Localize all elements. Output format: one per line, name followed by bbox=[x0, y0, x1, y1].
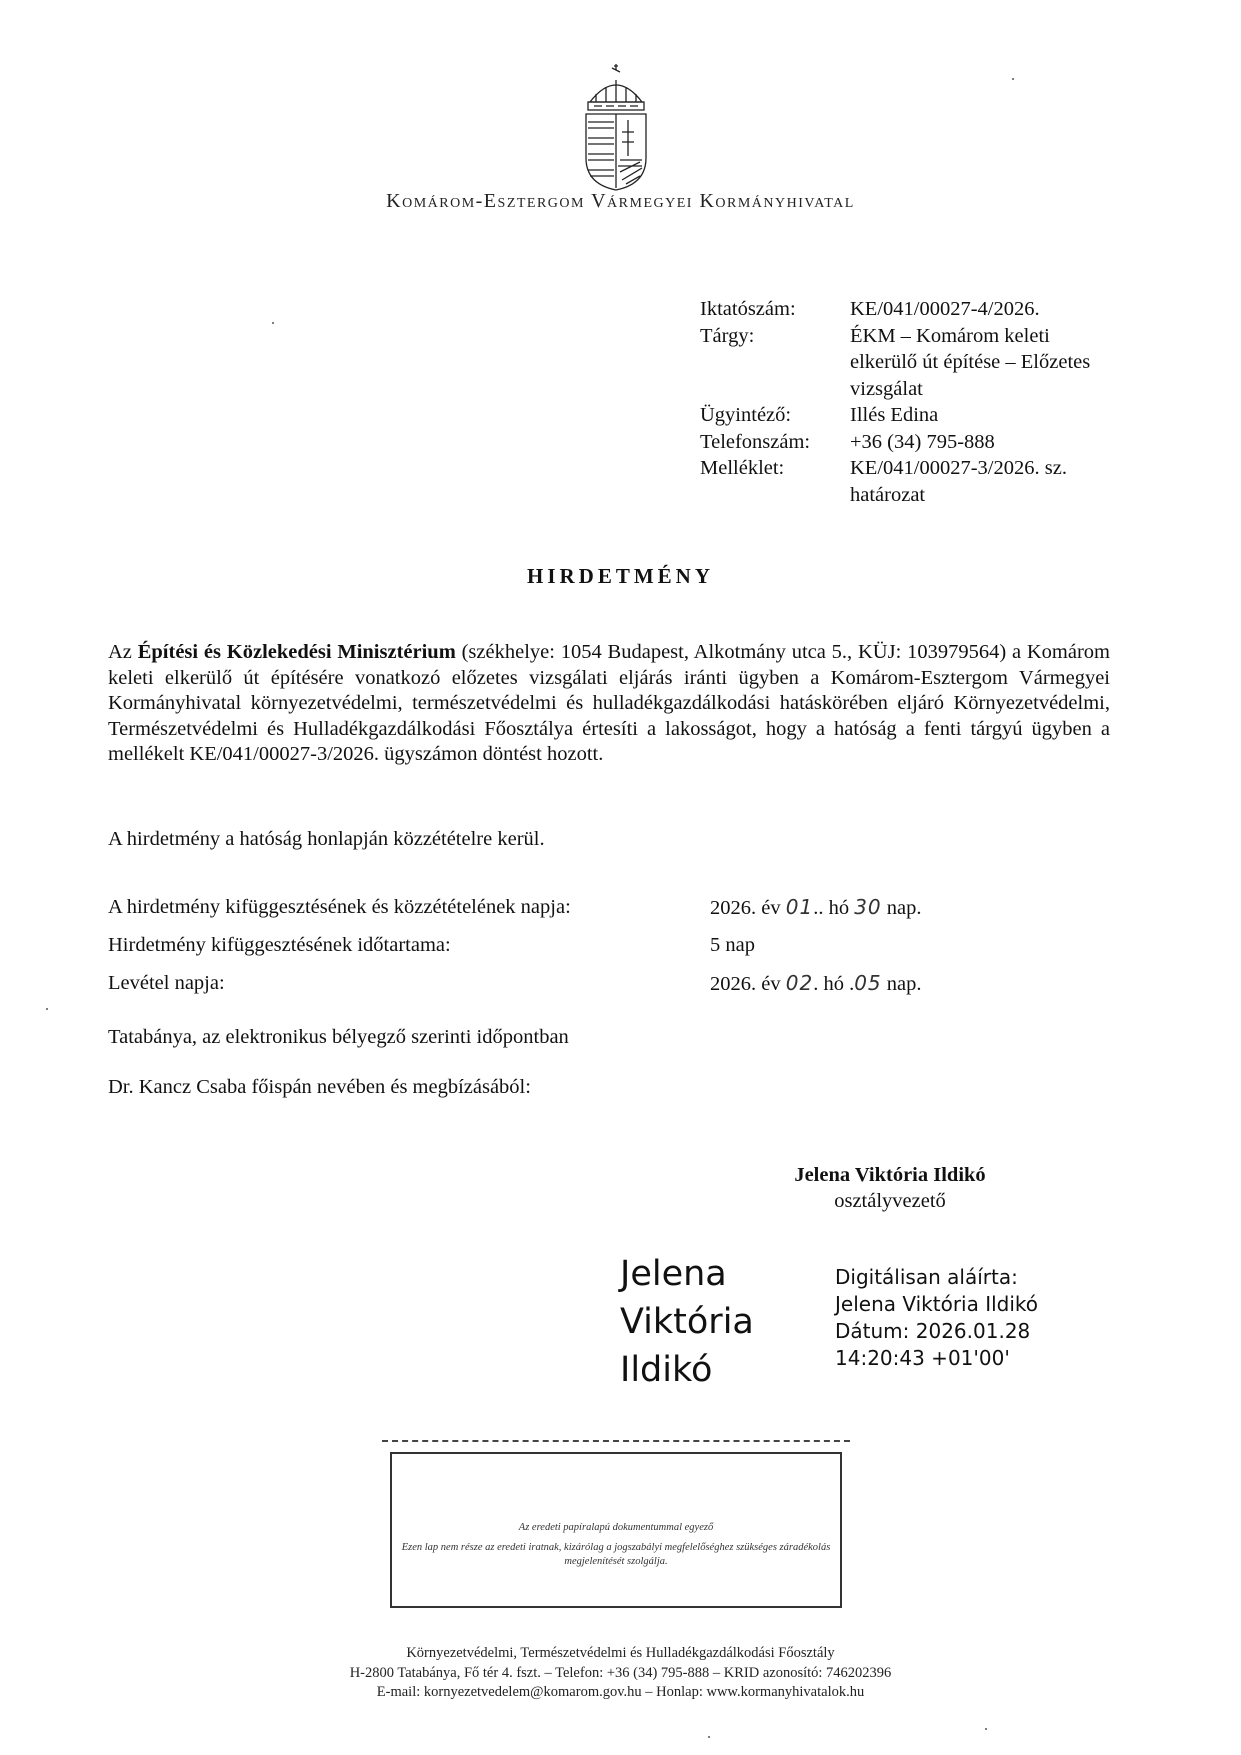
month-text: hó bbox=[823, 973, 844, 995]
signature-info-line: Digitálisan aláírta: bbox=[835, 1264, 1038, 1291]
meta-row-phone: Telefonszám: +36 (34) 795-888 bbox=[700, 429, 1110, 456]
year-text: 2026. év bbox=[710, 973, 781, 995]
signature-name-line: Ildikó bbox=[620, 1346, 754, 1394]
handwritten-month: 01 bbox=[786, 895, 813, 919]
handwritten-month: 02 bbox=[786, 971, 813, 995]
stamp-line-2: Ezen lap nem része az eredeti iratnak, k… bbox=[392, 1541, 840, 1569]
scan-speck bbox=[708, 1736, 710, 1738]
intro-prefix: Az bbox=[108, 641, 138, 663]
meta-value: +36 (34) 795-888 bbox=[850, 429, 1110, 456]
hungarian-coat-of-arms-icon bbox=[576, 62, 656, 194]
handwritten-day: 30 bbox=[854, 895, 881, 919]
signature-info-line: Jelena Viktória Ildikó bbox=[835, 1291, 1038, 1318]
scan-speck bbox=[985, 1728, 987, 1730]
posting-date-row: A hirdetmény kifüggesztésének és közzété… bbox=[108, 888, 922, 926]
date-label: Hirdetmény kifüggesztésének időtartama: bbox=[108, 934, 710, 957]
year-text: 2026. év bbox=[710, 897, 781, 919]
agency-name: Komárom-Esztergom Vármegyei Kormányhivat… bbox=[0, 190, 1241, 213]
place-line: Tatabánya, az elektronikus bélyegző szer… bbox=[108, 1026, 569, 1049]
digital-signature-name: Jelena Viktória Ildikó bbox=[620, 1250, 754, 1394]
posting-dates: A hirdetmény kifüggesztésének és közzété… bbox=[108, 888, 922, 1002]
body-paragraph: Az Építési és Közlekedési Minisztérium (… bbox=[108, 640, 1110, 768]
signature-info-line: Dátum: 2026.01.28 bbox=[835, 1318, 1038, 1345]
day-text: nap. bbox=[887, 973, 922, 995]
meta-row-subject: Tárgy: ÉKM – Komárom keleti elkerülő út … bbox=[700, 323, 1110, 403]
meta-row-administrator: Ügyintéző: Illés Edina bbox=[700, 402, 1110, 429]
meta-row-case-number: Iktatószám: KE/041/00027-4/2026. bbox=[700, 296, 1110, 323]
date-value: 2026. év 01.. hó 30 nap. bbox=[710, 895, 922, 920]
signer-position: osztályvezető bbox=[700, 1188, 1080, 1214]
meta-label: Melléklet: bbox=[700, 455, 850, 508]
signature-name-line: Jelena bbox=[620, 1250, 754, 1298]
removal-date-row: Levétel napja: 2026. év 02. hó .05 nap. bbox=[108, 964, 922, 1002]
date-label: Levétel napja: bbox=[108, 972, 710, 995]
footer-department: Környezetvédelmi, Természetvédelmi és Hu… bbox=[0, 1644, 1241, 1664]
stamp-line-1: Az eredeti papíralapú dokumentummal egye… bbox=[392, 1522, 840, 1533]
meta-value: KE/041/00027-4/2026. bbox=[850, 296, 1110, 323]
meta-label: Tárgy: bbox=[700, 323, 850, 403]
meta-label: Telefonszám: bbox=[700, 429, 850, 456]
publication-note: A hirdetmény a hatóság honlapján közzété… bbox=[108, 828, 545, 851]
month-text: hó bbox=[829, 897, 850, 919]
meta-label: Iktatószám: bbox=[700, 296, 850, 323]
meta-label: Ügyintéző: bbox=[700, 402, 850, 429]
duration-value: 5 nap bbox=[710, 934, 755, 957]
footer-contact: E-mail: kornyezetvedelem@komarom.gov.hu … bbox=[0, 1683, 1241, 1703]
scan-speck bbox=[272, 322, 274, 324]
document-meta: Iktatószám: KE/041/00027-4/2026. Tárgy: … bbox=[700, 296, 1110, 508]
date-label: A hirdetmény kifüggesztésének és közzété… bbox=[108, 896, 710, 919]
scan-speck bbox=[1012, 78, 1014, 80]
certification-stamp: Az eredeti papíralapú dokumentummal egye… bbox=[390, 1452, 842, 1608]
signer-block: Jelena Viktória Ildikó osztályvezető bbox=[700, 1162, 1080, 1214]
ministry-name: Építési és Közlekedési Minisztérium bbox=[138, 641, 456, 663]
scan-speck bbox=[46, 1008, 48, 1010]
digital-signature-info: Digitálisan aláírta: Jelena Viktória Ild… bbox=[835, 1264, 1038, 1372]
meta-value: KE/041/00027-3/2026. sz. határozat bbox=[850, 455, 1110, 508]
date-value: 2026. év 02. hó .05 nap. bbox=[710, 971, 922, 996]
behalf-line: Dr. Kancz Csaba főispán nevében és megbí… bbox=[108, 1076, 531, 1099]
document-title: HIRDETMÉNY bbox=[0, 564, 1241, 589]
posting-duration-row: Hirdetmény kifüggesztésének időtartama: … bbox=[108, 926, 922, 964]
day-text: nap. bbox=[887, 897, 922, 919]
handwritten-day: 05 bbox=[854, 971, 881, 995]
stamp-divider bbox=[382, 1440, 850, 1442]
signature-name-line: Viktória bbox=[620, 1298, 754, 1346]
signature-info-line: 14:20:43 +01'00' bbox=[835, 1345, 1038, 1372]
footer-address: H-2800 Tatabánya, Fő tér 4. fszt. – Tele… bbox=[0, 1664, 1241, 1684]
meta-row-attachment: Melléklet: KE/041/00027-3/2026. sz. hatá… bbox=[700, 455, 1110, 508]
meta-value: Illés Edina bbox=[850, 402, 1110, 429]
signer-name: Jelena Viktória Ildikó bbox=[700, 1162, 1080, 1188]
page-footer: Környezetvédelmi, Természetvédelmi és Hu… bbox=[0, 1644, 1241, 1703]
meta-value: ÉKM – Komárom keleti elkerülő út építése… bbox=[850, 323, 1110, 403]
